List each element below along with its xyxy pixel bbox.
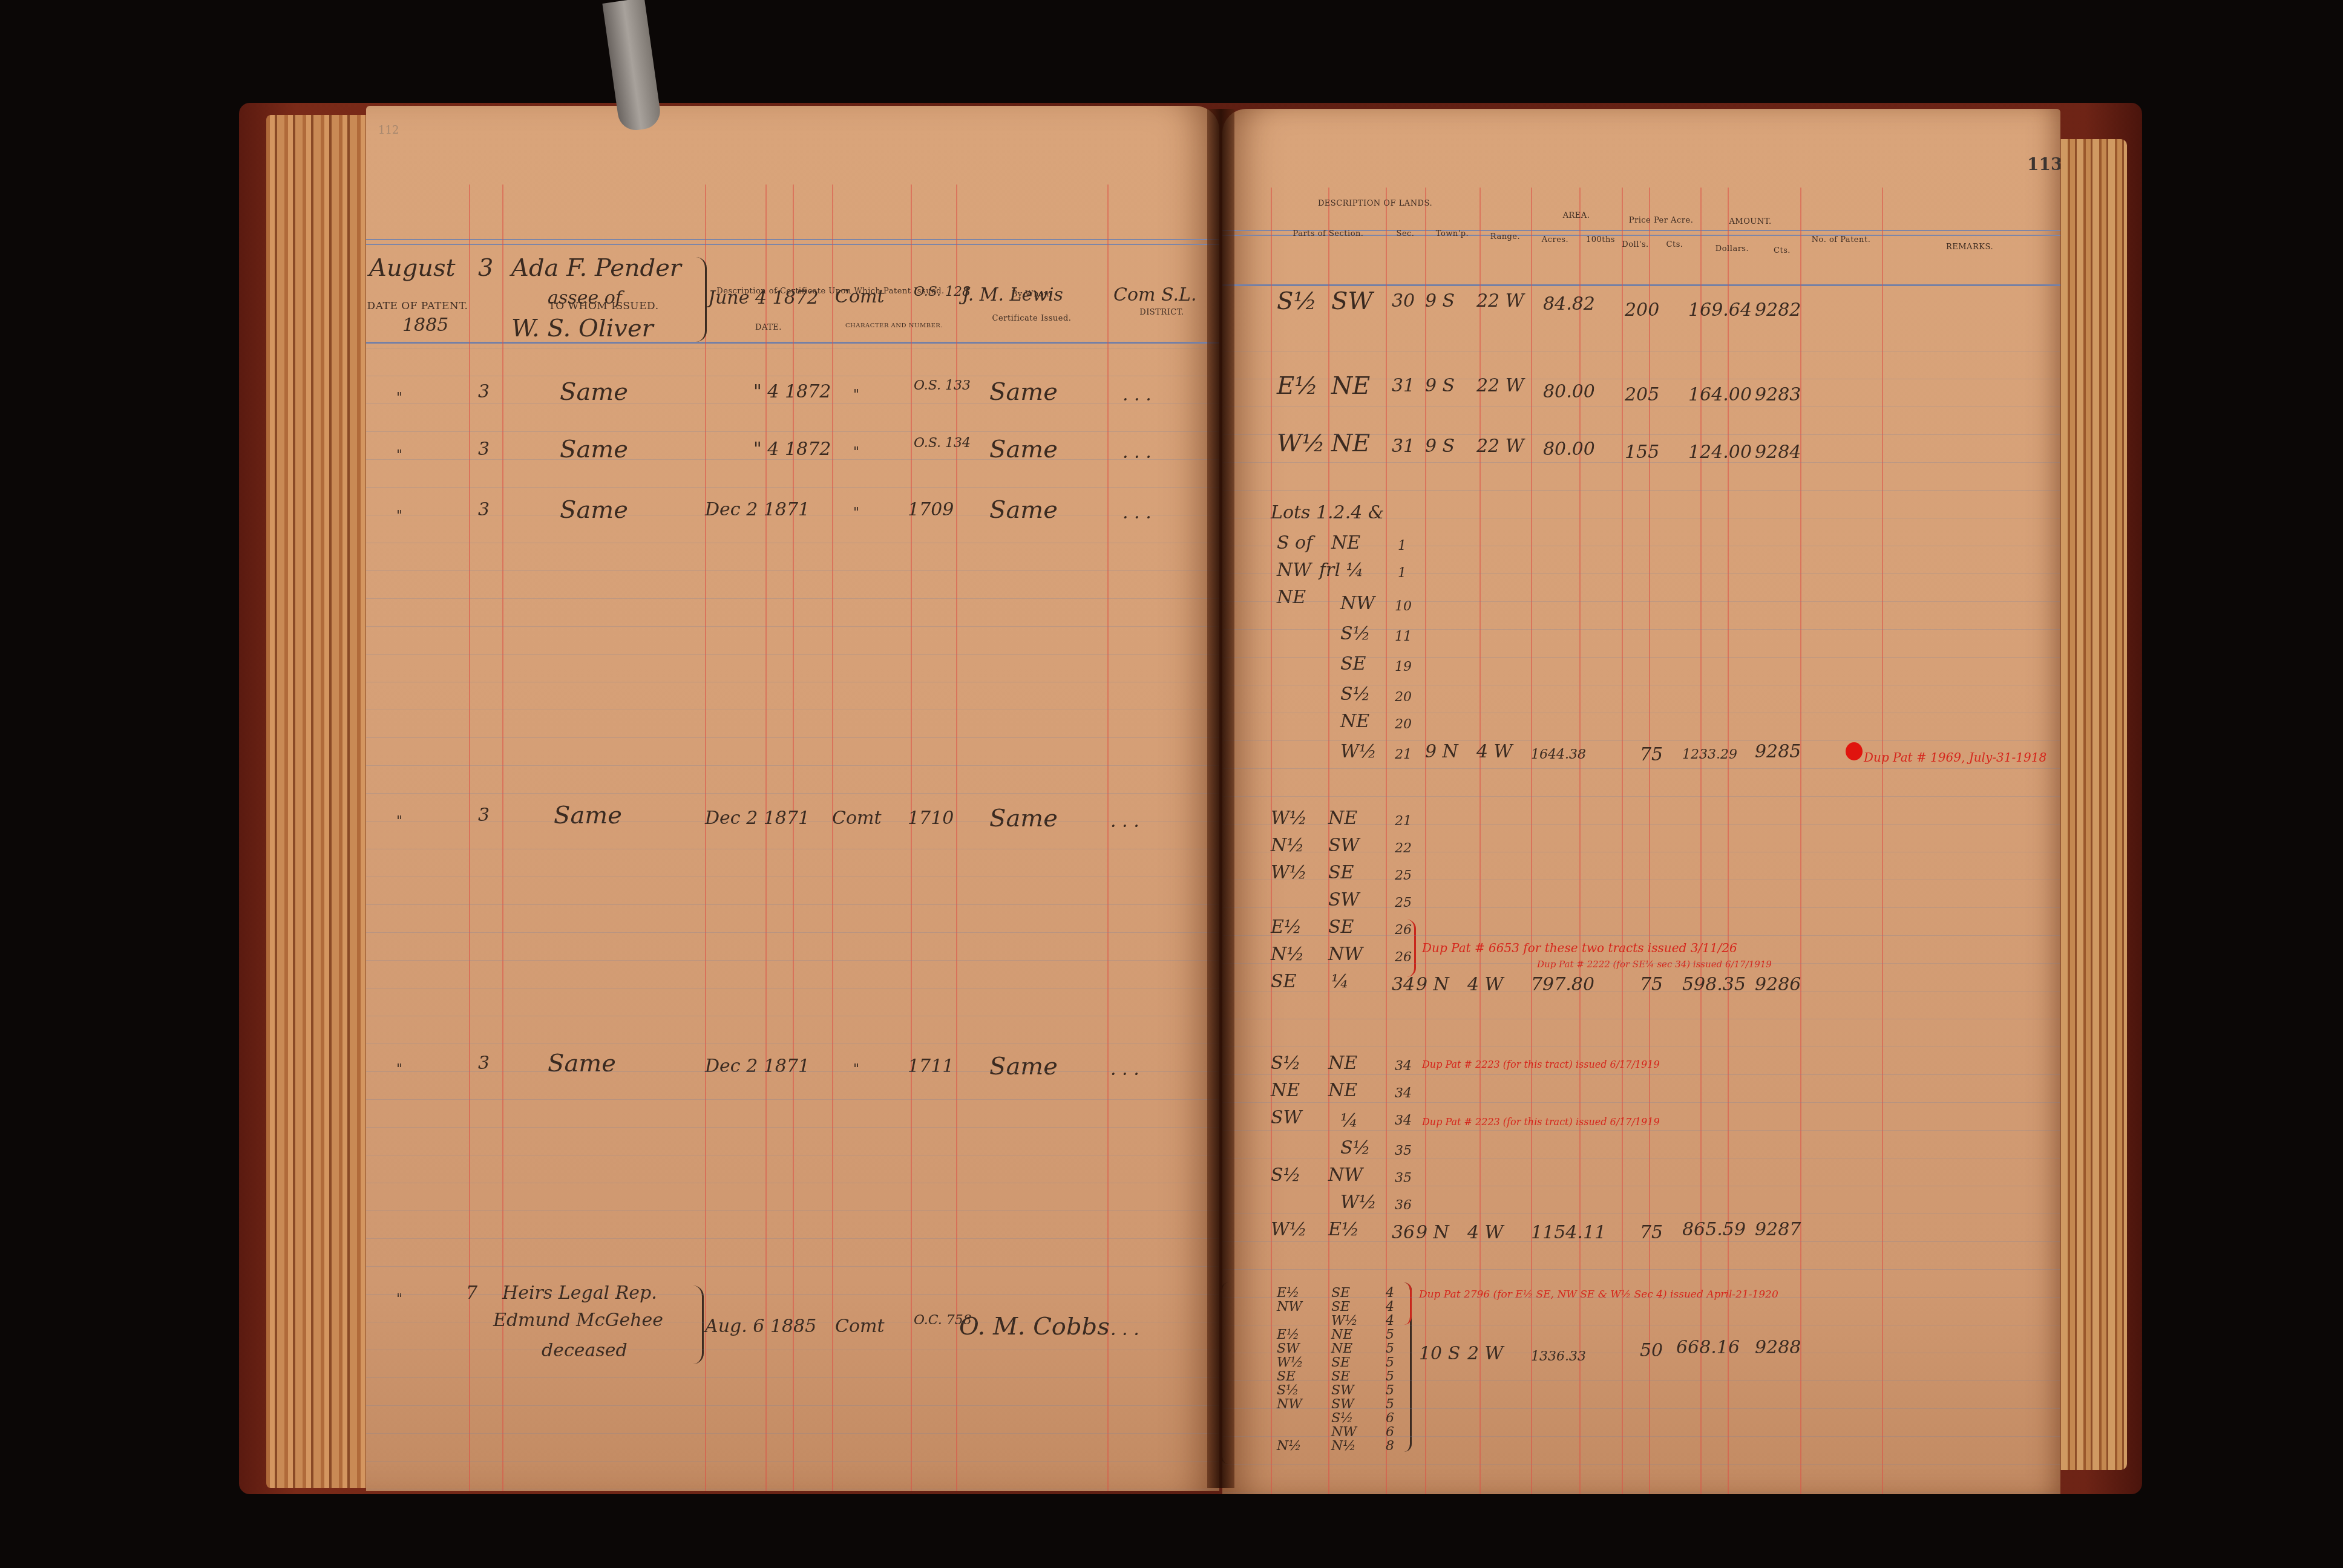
land-section: 19	[1395, 659, 1412, 675]
entry-by-whom: Same	[989, 378, 1058, 406]
land-part: S½	[1277, 287, 1317, 315]
land-part: N½	[1277, 1439, 1302, 1454]
ruled-line	[366, 1016, 1219, 1016]
red-brace	[1407, 920, 1416, 977]
book-gutter	[1207, 109, 1234, 1488]
header-township: Town'p.	[1425, 230, 1480, 239]
land-section: 5	[1386, 1369, 1394, 1384]
right-page: 113 DESCRIPTION OF LANDS. Parts of Secti…	[1222, 109, 2060, 1494]
area-acres: 1336.33	[1531, 1349, 1586, 1364]
entry-day: 3	[478, 1053, 490, 1074]
land-section: 20	[1395, 717, 1412, 732]
land-quarter: frl ¼	[1319, 560, 1364, 581]
land-quarter: NW	[1340, 593, 1375, 614]
land-quarter: SW	[1331, 1397, 1354, 1412]
entry-character: "	[853, 387, 859, 402]
ruled-line	[1222, 601, 2060, 602]
header-cts: Cts.	[1649, 241, 1700, 250]
ruled-line	[366, 682, 1219, 682]
land-part: NW	[1277, 560, 1311, 581]
land-range: 22 W	[1476, 436, 1524, 457]
land-township: 9 N	[1416, 1222, 1449, 1243]
header-range: Range.	[1480, 233, 1531, 242]
land-quarter: NE	[1328, 808, 1357, 829]
price-per-acre: 75	[1640, 974, 1663, 995]
ruled-line	[1222, 1353, 2060, 1353]
entry-issued-to: Heirs Legal Rep.	[502, 1282, 657, 1304]
remark-duplicate-patent: Dup Pat # 6653 for these two tracts issu…	[1422, 941, 1737, 955]
land-section: 21	[1395, 747, 1412, 762]
land-quarter: W½	[1340, 1192, 1377, 1213]
land-part: S½	[1277, 1383, 1299, 1398]
entry-character: "	[853, 1062, 859, 1077]
price-per-acre: 155	[1625, 442, 1659, 463]
area-acres: 1644.38	[1531, 747, 1586, 762]
header-dolls: Doll's.	[1622, 241, 1649, 250]
land-section: 4	[1386, 1299, 1394, 1315]
entry-cert-number: O.S. 133	[914, 378, 971, 393]
land-section: 35	[1395, 1143, 1412, 1158]
land-quarter: W½	[1331, 1313, 1358, 1328]
ruled-line	[366, 1350, 1219, 1350]
land-quarter: SW	[1331, 1383, 1354, 1398]
ruled-line	[366, 1266, 1219, 1267]
ruled-line	[366, 849, 1219, 849]
ruled-line	[1222, 1074, 2060, 1075]
land-quarter: SW	[1331, 287, 1373, 315]
land-township: 9 S	[1425, 290, 1455, 312]
ruled-line	[366, 960, 1219, 961]
land-section: 4	[1386, 1313, 1394, 1328]
ruled-line	[1222, 740, 2060, 741]
header-acres: Acres.	[1531, 236, 1579, 245]
amount: 865.59	[1682, 1219, 1746, 1240]
land-section: 35	[1395, 1171, 1412, 1186]
ruled-line	[366, 932, 1219, 933]
header-date: DATE.	[705, 324, 832, 333]
entry-by-whom: Same	[989, 496, 1058, 524]
ruled-line	[366, 1071, 1219, 1072]
entry-day: 3	[478, 805, 490, 826]
remark-duplicate-patent: Dup Pat # 1969, July-31-1918	[1864, 750, 2046, 765]
land-section: 11	[1395, 629, 1412, 644]
header-date-of-patent: DATE OF PATENT.	[366, 301, 469, 313]
entry-district: . . .	[1110, 1059, 1139, 1080]
left-page-number: 112	[378, 124, 399, 137]
land-section: 34	[1395, 1086, 1412, 1101]
ruled-line	[1222, 713, 2060, 713]
red-ink-blot	[1846, 742, 1863, 760]
ruled-line	[1222, 1464, 2060, 1465]
land-part: W½	[1271, 808, 1307, 829]
left-page-edges	[266, 115, 372, 1488]
entry-by-whom: Same	[989, 805, 1058, 832]
ruled-line	[366, 543, 1219, 543]
ruled-line	[366, 1294, 1219, 1295]
entry-cert-date: Dec 2 1871	[705, 808, 810, 829]
entry-month: August	[369, 254, 456, 282]
ruled-line	[1222, 1436, 2060, 1437]
entry-day: 3	[478, 381, 490, 402]
entry-issued-to-line2: Edmund McGehee	[493, 1310, 663, 1331]
ruled-line	[366, 1238, 1219, 1239]
amount: 124.00	[1688, 442, 1752, 463]
land-township: 9 S	[1425, 436, 1455, 457]
land-quarter: NW	[1331, 1425, 1357, 1440]
entry-character: "	[853, 445, 859, 460]
ruled-line	[366, 1210, 1219, 1211]
page-number: 113	[2027, 154, 2060, 174]
entry-character: Comt	[835, 286, 885, 307]
ruled-line	[366, 431, 1219, 432]
land-township: 10 S	[1419, 1343, 1460, 1364]
land-part: E½	[1277, 1285, 1299, 1301]
ruled-line	[366, 1155, 1219, 1155]
brace	[693, 1285, 704, 1364]
ruled-line	[366, 737, 1219, 738]
ruled-line	[1222, 462, 2060, 463]
header-amount-cts: Cts.	[1764, 247, 1800, 256]
header-price-per-acre: Price Per Acre.	[1622, 217, 1700, 226]
land-quarter: NE	[1331, 532, 1360, 554]
land-part: W½	[1277, 430, 1325, 457]
ruled-line	[366, 1377, 1219, 1378]
ruled-line	[366, 1044, 1219, 1044]
land-part: E½	[1271, 916, 1302, 938]
land-part: SE	[1271, 971, 1296, 992]
ruled-line	[1222, 1297, 2060, 1298]
entry-district: Com S.L.	[1113, 284, 1196, 305]
land-quarter: N½	[1331, 1439, 1356, 1454]
land-part: E½	[1277, 1327, 1299, 1342]
patent-number: 9288	[1755, 1337, 1801, 1358]
ruled-line	[366, 1322, 1219, 1322]
patent-number: 9286	[1755, 974, 1801, 995]
land-quarter: SE	[1331, 1285, 1350, 1301]
land-section: 34	[1392, 974, 1415, 995]
land-range: 4 W	[1476, 741, 1512, 762]
column-rule	[765, 185, 767, 1491]
ruled-line	[1222, 657, 2060, 658]
header-sec: Sec.	[1386, 230, 1425, 239]
ruled-line	[366, 459, 1219, 460]
ruled-line	[1222, 407, 2060, 407]
ruled-line	[1222, 434, 2060, 435]
ruled-line	[1222, 1102, 2060, 1103]
land-quarter: S½	[1331, 1411, 1353, 1426]
ruled-line	[1222, 796, 2060, 797]
land-quarter: NW	[1328, 1165, 1363, 1186]
entry-character: Comt	[832, 808, 882, 829]
land-section: 25	[1395, 895, 1412, 910]
remark-duplicate-patent: Dup Pat # 2223 (for this tract) issued 6…	[1422, 1116, 1660, 1128]
entry-cert-number: 1711	[908, 1056, 954, 1077]
ruled-line	[366, 821, 1219, 822]
entry-district: . . .	[1122, 502, 1152, 523]
price-per-acre: 50	[1640, 1340, 1663, 1361]
land-quarter: S½	[1340, 684, 1371, 705]
price-per-acre: 75	[1640, 744, 1663, 765]
ruled-line	[366, 1433, 1219, 1434]
header-parts-of-section: Parts of Section.	[1271, 230, 1386, 239]
entry-issued-to: Ada F. Pender	[511, 254, 681, 282]
entry-issued-to-line3: deceased	[542, 1340, 628, 1361]
entry-cert-date: " 4 1872	[753, 381, 831, 402]
land-quarter: NE	[1331, 430, 1370, 457]
header-amount: AMOUNT.	[1700, 218, 1800, 227]
ruled-line	[366, 598, 1219, 599]
entry-day: 7	[466, 1282, 477, 1304]
ruled-line	[366, 626, 1219, 627]
land-section: 5	[1386, 1327, 1394, 1342]
land-part: S½	[1271, 1053, 1301, 1074]
entry-cert-number: O.S. 134	[914, 436, 971, 451]
header-area: AREA.	[1531, 212, 1622, 221]
ruled-line	[1222, 935, 2060, 936]
ruled-line	[366, 487, 1219, 488]
price-per-acre: 200	[1625, 299, 1659, 321]
patent-number: 9287	[1755, 1219, 1801, 1240]
ruled-line	[366, 988, 1219, 988]
column-rule	[793, 185, 794, 1491]
land-quarter: S½	[1340, 1137, 1371, 1158]
ruled-line	[366, 904, 1219, 905]
ruled-line	[1222, 1269, 2060, 1270]
price-per-acre: 75	[1640, 1222, 1663, 1243]
land-quarter: SE	[1331, 1369, 1350, 1384]
header-remarks: REMARKS.	[1882, 243, 2057, 252]
ruled-line	[1222, 379, 2060, 379]
entry-issued-to: Same	[554, 802, 622, 829]
ruled-line	[366, 403, 1219, 404]
land-section: 36	[1395, 1198, 1412, 1213]
ruled-line	[1222, 1019, 2060, 1019]
amount: 668.16	[1676, 1337, 1740, 1358]
land-quarter: NE	[1340, 711, 1369, 732]
header-certificate-issued: Certificate Issued.	[956, 315, 1107, 324]
land-section: 25	[1395, 868, 1412, 883]
header-dollars: Dollars.	[1700, 245, 1764, 254]
amount: 598.35	[1682, 974, 1746, 995]
land-quarter: SE	[1331, 1299, 1350, 1315]
brace	[696, 257, 707, 342]
price-per-acre: 205	[1625, 384, 1659, 405]
land-range: 4 W	[1467, 974, 1503, 995]
header-bottom-rule	[1222, 284, 2060, 286]
ruled-line	[1222, 1158, 2060, 1158]
ruled-line	[1222, 880, 2060, 880]
land-part: Lots 1.2.4 &	[1271, 502, 1384, 523]
ruled-line	[1222, 1325, 2060, 1325]
entry-cert-number: 1710	[908, 808, 954, 829]
patent-number: 9282	[1755, 299, 1801, 321]
land-range: 22 W	[1476, 290, 1524, 312]
ruled-line	[366, 710, 1219, 710]
ruled-line	[366, 348, 1219, 348]
land-quarter: E½	[1328, 1219, 1359, 1240]
land-quarter: SW	[1328, 835, 1359, 856]
entry-character: Comt	[835, 1316, 885, 1337]
land-section: 6	[1386, 1425, 1394, 1440]
land-township: 9 N	[1416, 974, 1449, 995]
land-section: 31	[1392, 436, 1415, 457]
land-section: 5	[1386, 1383, 1394, 1398]
ruled-line	[366, 570, 1219, 571]
land-section: 34	[1395, 1113, 1412, 1128]
entry-issued-to-line3: W. S. Oliver	[511, 315, 654, 342]
land-quarter: NE	[1328, 1053, 1357, 1074]
ruled-line	[366, 1461, 1219, 1462]
area-acres: 80.00	[1543, 439, 1595, 460]
entry-issued-to: Same	[548, 1050, 616, 1077]
area-acres: 797.80	[1531, 974, 1594, 995]
land-part: SW	[1271, 1107, 1302, 1128]
land-quarter: SE	[1331, 1355, 1350, 1370]
land-quarter: NW	[1328, 944, 1363, 965]
land-part: W½	[1277, 1355, 1303, 1370]
land-part: S½	[1271, 1165, 1301, 1186]
ruled-line	[1222, 824, 2060, 825]
patent-number: 9284	[1755, 442, 1801, 463]
patent-number: 9283	[1755, 384, 1801, 405]
ruled-line	[1222, 768, 2060, 769]
ruled-line	[1222, 518, 2060, 518]
land-quarter: NE	[1331, 372, 1370, 400]
ruled-line	[1222, 852, 2060, 852]
entry-by-whom: O. M. Cobbs	[959, 1313, 1110, 1341]
red-brace	[1404, 1282, 1412, 1325]
land-quarter: NE	[1328, 1080, 1357, 1101]
ruled-line	[1222, 963, 2060, 964]
header-district: DISTRICT.	[1107, 309, 1216, 318]
ruled-line	[1222, 351, 2060, 351]
ruled-line	[366, 1099, 1219, 1100]
ruled-line	[366, 376, 1219, 376]
entry-day: 3	[478, 254, 493, 282]
ruled-line	[366, 1183, 1219, 1183]
ruled-line	[1222, 629, 2060, 630]
land-part: W½	[1271, 1219, 1307, 1240]
ruled-line	[366, 654, 1219, 655]
land-section: 5	[1386, 1355, 1394, 1370]
remark-duplicate-patent: Dup Pat 2796 (for E½ SE, NW SE & W½ Sec …	[1419, 1289, 1778, 1301]
land-section: 30	[1392, 290, 1415, 312]
ruled-line	[1222, 907, 2060, 908]
column-rule	[832, 185, 833, 1491]
land-section: 4	[1386, 1285, 1394, 1301]
area-acres: 80.00	[1543, 381, 1595, 402]
land-section: 21	[1395, 814, 1412, 829]
entry-issued-to: Same	[560, 496, 628, 524]
ruled-line	[1222, 1214, 2060, 1214]
land-part: SE	[1277, 1369, 1296, 1384]
land-quarter: SE	[1328, 916, 1354, 938]
entry-by-whom: J. M. Lewis	[962, 284, 1063, 305]
entry-character: "	[853, 505, 859, 520]
ruled-line	[1222, 546, 2060, 546]
entry-day: 3	[478, 439, 490, 460]
land-part: SW	[1277, 1341, 1300, 1356]
right-page-edges	[2054, 139, 2127, 1470]
left-page: 112 DATE OF PATENT. 1885 TO WHOM ISSUED.…	[366, 106, 1219, 1491]
column-rule	[705, 185, 706, 1491]
ruled-line	[1222, 1241, 2060, 1242]
header-character-number: CHARACTER AND NUMBER.	[832, 322, 956, 330]
entry-month: "	[396, 448, 402, 463]
land-section: 6	[1386, 1411, 1394, 1426]
ruled-line	[1222, 1492, 2060, 1492]
land-range: 4 W	[1467, 1222, 1503, 1243]
entry-cert-date: " 4 1872	[753, 439, 831, 460]
land-part: N½	[1271, 835, 1304, 856]
land-quarter: ¼	[1340, 1110, 1358, 1131]
land-part: NE	[1271, 1080, 1300, 1101]
entry-day: 3	[478, 499, 490, 520]
amount: 169.64	[1688, 299, 1752, 321]
ruled-line	[1222, 685, 2060, 685]
column-rule	[1800, 188, 1801, 1494]
ruled-line	[1222, 490, 2060, 491]
entry-by-whom: Same	[989, 1053, 1058, 1080]
ruled-line	[366, 515, 1219, 515]
area-acres: 1154.11	[1531, 1222, 1606, 1243]
ruled-line	[1222, 1130, 2060, 1131]
land-quarter: ¼	[1331, 971, 1349, 992]
ruled-line	[1222, 1380, 2060, 1381]
land-quarter: S½	[1340, 623, 1371, 644]
year-heading: 1885	[402, 315, 448, 336]
land-quarter: W½	[1340, 741, 1377, 762]
land-quarter: NE	[1331, 1327, 1352, 1342]
land-part: E½	[1277, 372, 1318, 400]
land-part: S of	[1277, 532, 1312, 554]
ruled-line	[366, 1405, 1219, 1406]
entry-month: "	[396, 1062, 402, 1077]
column-rule	[1107, 185, 1109, 1491]
land-part: NE	[1277, 587, 1306, 608]
land-section: 22	[1395, 841, 1412, 856]
land-section: 5	[1386, 1397, 1394, 1412]
land-part: N½	[1271, 944, 1304, 965]
land-section: 8	[1386, 1439, 1394, 1454]
ruled-line	[1222, 1047, 2060, 1047]
entry-district: . . .	[1122, 384, 1152, 405]
column-rule	[1882, 188, 1883, 1494]
land-township: 9 N	[1425, 741, 1458, 762]
entry-month: "	[396, 508, 402, 523]
ruled-line	[366, 765, 1219, 766]
entry-cert-date: Dec 2 1871	[705, 499, 810, 520]
entry-cert-date: Aug. 6 1885	[705, 1316, 816, 1337]
ruled-line	[366, 1489, 1219, 1489]
header-hundredths: 100ths	[1579, 236, 1622, 245]
patent-number: 9285	[1755, 741, 1801, 762]
ruled-line	[366, 793, 1219, 794]
land-section: 34	[1395, 1059, 1412, 1074]
land-section: 36	[1392, 1222, 1415, 1243]
land-section: 5	[1386, 1341, 1394, 1356]
remark-duplicate-patent: Dup Pat # 2222 (for SE¼ sec 34) issued 6…	[1537, 959, 1772, 970]
header-no-of-patent: No. of Patent.	[1800, 236, 1882, 245]
land-part: NW	[1277, 1397, 1302, 1412]
entry-issued-to: Same	[560, 378, 628, 406]
entry-issued-to-line2: assee of	[548, 287, 622, 309]
header-description-of-lands: DESCRIPTION OF LANDS.	[1271, 200, 1480, 209]
column-rule	[911, 185, 912, 1491]
ruled-line	[1222, 1186, 2060, 1186]
entry-cert-date: June 4 1872	[708, 287, 819, 309]
ruled-line	[1222, 573, 2060, 574]
